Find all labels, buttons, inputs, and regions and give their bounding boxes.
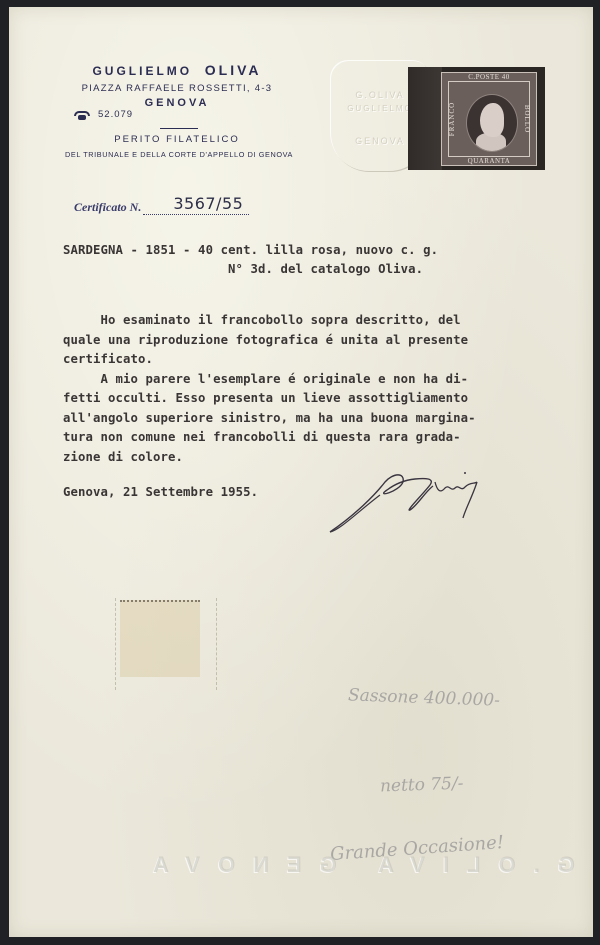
stamp-description: SARDEGNA - 1851 - 40 cent. lilla rosa, n… (63, 243, 438, 257)
phone-number: 52.079 (98, 109, 133, 120)
bottom-embossing: G.OLIVA GENOVA (15, 852, 575, 878)
body-line: A mio parere l'esemplare é originale e n… (63, 372, 468, 386)
body-line: certificato. (63, 352, 153, 366)
body-line: Ho esaminato il francobollo sopra descri… (63, 313, 461, 327)
stamp-portrait (466, 94, 518, 152)
photo-background (408, 67, 442, 170)
body-line: all'angolo superiore sinistro, ma ha una… (63, 411, 476, 425)
pencil-note-net-price: netto 75/- (380, 774, 464, 797)
certificate-number: 3567/55 (173, 194, 243, 213)
letterhead-address: PIAZZA RAFFAELE ROSSETTI, 4-3 (63, 83, 291, 94)
stamp-top-text: C.POSTE 40 (442, 73, 536, 81)
catalog-reference: N° 3d. del catalogo Oliva. (228, 262, 423, 276)
place-and-date: Genova, 21 Settembre 1955. (63, 485, 258, 499)
letterhead-name: GUGLIELMO OLIVA (68, 62, 286, 78)
letterhead-subtitle: DEL TRIBUNALE E DELLA CORTE D'APPELLO DI… (50, 150, 308, 159)
stamp-right-text: BOLLO (523, 105, 531, 133)
certificate-label: Certificato N. (74, 200, 141, 215)
stamp-image: FRANCO BOLLO C.POSTE 40 QUARANTA (441, 72, 537, 166)
stamp-left-text: FRANCO (448, 102, 456, 136)
body-line: fetti occulti. Esso presenta un lieve as… (63, 391, 468, 405)
body-line: quale una riproduzione fotografica é uni… (63, 333, 468, 347)
body-line: tura non comune nei francobolli di quest… (63, 430, 461, 444)
certificate-number-field: Certificato N. 3567/55 (74, 200, 249, 215)
stamp-frame: FRANCO BOLLO (448, 81, 530, 157)
letterhead-phone: 52.079 (74, 109, 133, 120)
letterhead-last-name: OLIVA (205, 62, 262, 78)
stamp-photograph: FRANCO BOLLO C.POSTE 40 QUARANTA (408, 67, 545, 170)
letterhead-divider (160, 128, 198, 129)
certificate-number-line: 3567/55 (143, 200, 249, 215)
body-line: zione di colore. (63, 450, 183, 464)
hinge-stain (120, 600, 200, 677)
telephone-icon (74, 111, 90, 119)
signature (325, 470, 495, 540)
letterhead-city: GENOVA (68, 97, 286, 109)
stamp-bottom-text: QUARANTA (442, 157, 536, 165)
letterhead-first-name: GUGLIELMO (92, 64, 192, 78)
portrait-head (480, 103, 504, 137)
letterhead-title: PERITO FILATELICO (68, 134, 286, 145)
